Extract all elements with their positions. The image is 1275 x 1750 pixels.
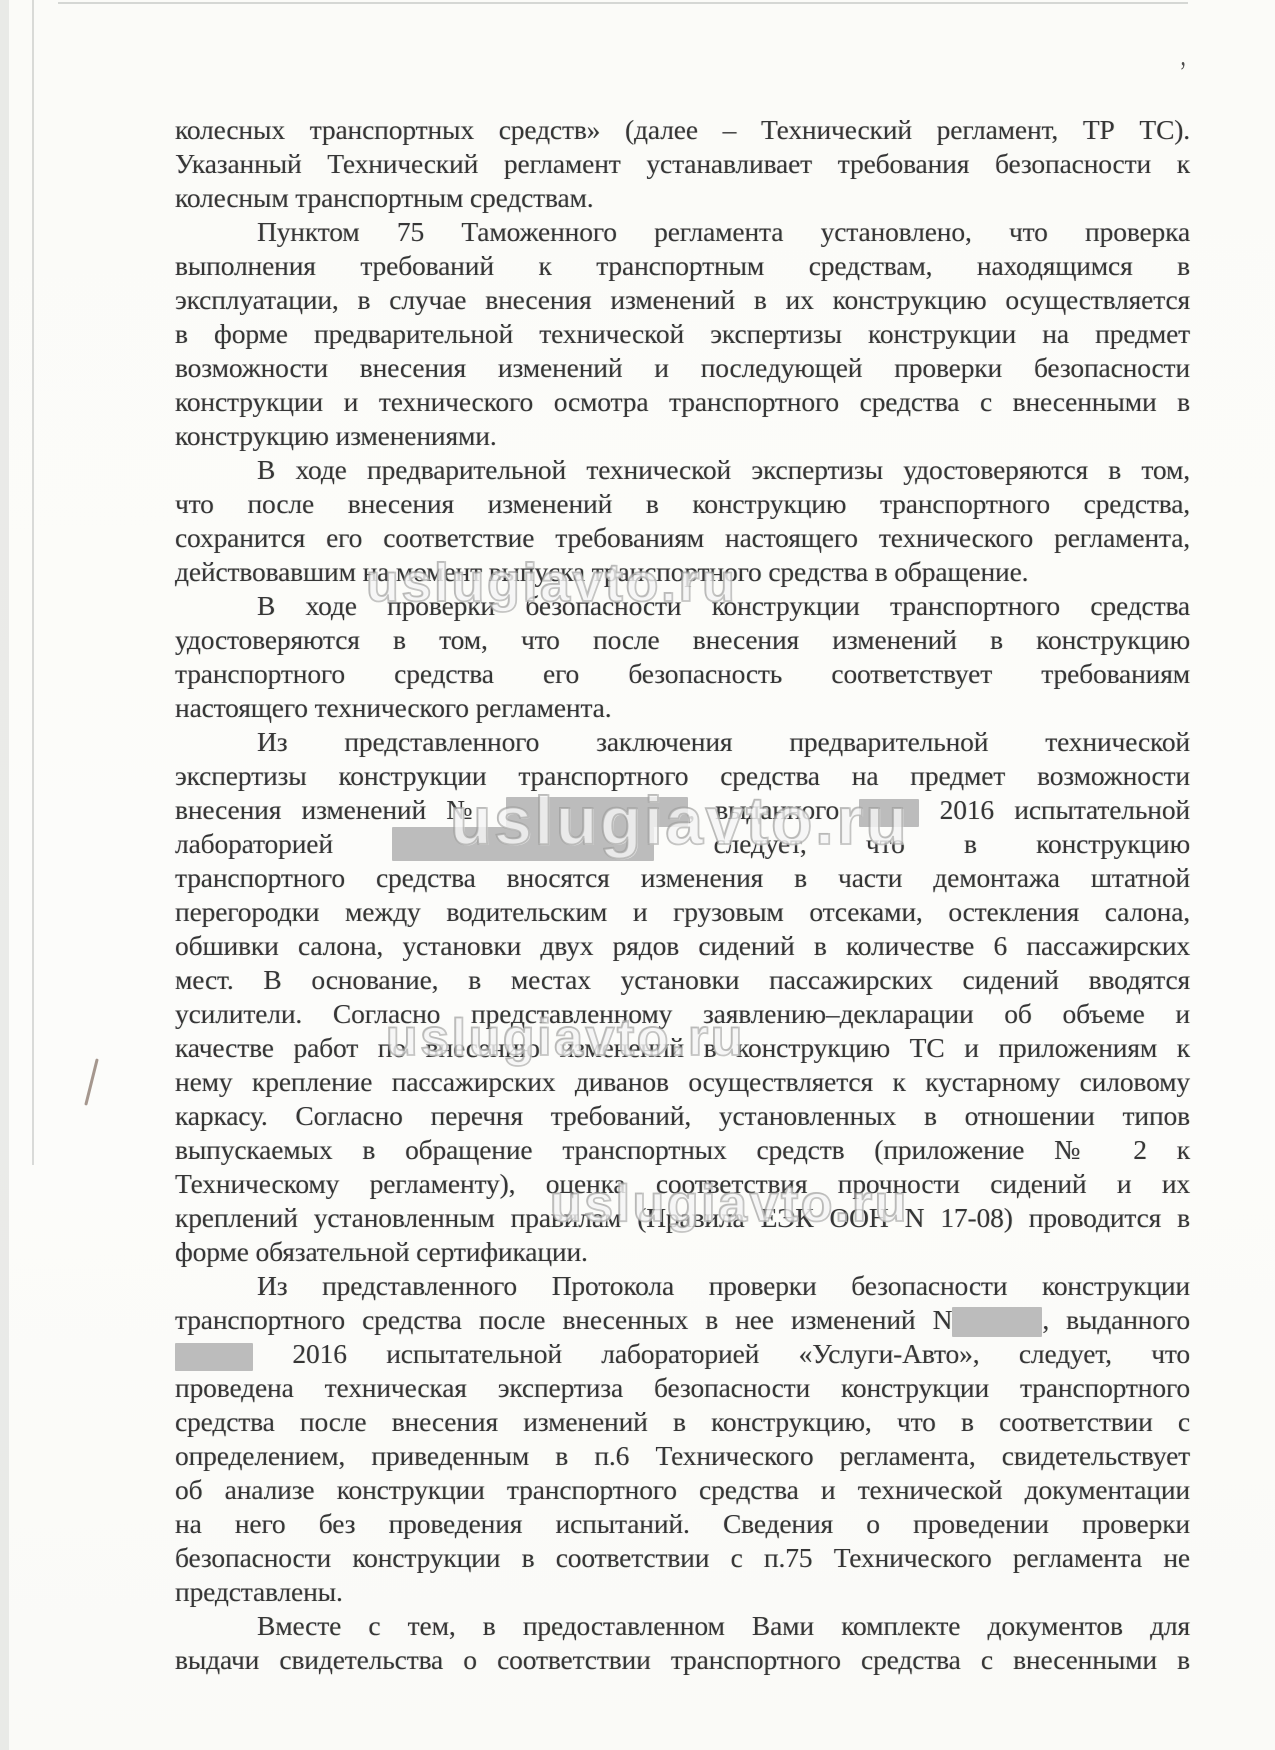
text-line: выпускаемых в обращение транспортных сре… [175,1133,1190,1167]
scanned-document-page: ʼ колесных транспортных средств» (далее … [0,0,1275,1750]
redaction-box [952,1307,1042,1337]
text-block: колесных транспортных средств» (далее – … [175,113,1190,1677]
text-line: на него без проведения испытаний. Сведен… [175,1507,1190,1541]
text-line: усилители. Согласно представленному заяв… [175,997,1190,1031]
text-line: колесных транспортных средств» (далее – … [175,113,1190,147]
text-line: об анализе конструкции транспортного сре… [175,1473,1190,1507]
text-line: средства после внесения изменений в конс… [175,1405,1190,1439]
text-line: Из представленного Протокола проверки бе… [175,1269,1190,1303]
text-line: удостоверяются в том, что после внесения… [175,623,1190,657]
text-line: нему крепление пассажирских диванов осущ… [175,1065,1190,1099]
text-line: представлены. [175,1575,1190,1609]
text-line: Вместе с тем, в предоставленном Вами ком… [175,1609,1190,1643]
scan-fold-line [32,0,34,1165]
text-line: в форме предварительной технической эксп… [175,317,1190,351]
text-line: лабораторией следует, что в конструкцию [175,827,1190,861]
text-line: конструкцию изменениями. [175,419,1190,453]
text-line: действовавшим на момент выпуска транспор… [175,555,1190,589]
text-line: возможности внесения изменений и последу… [175,351,1190,385]
text-line: безопасности конструкции в соответствии … [175,1541,1190,1575]
text-line: экспертизы конструкции транспортного сре… [175,759,1190,793]
text-line: В ходе предварительной технической экспе… [175,453,1190,487]
text-line: каркасу. Согласно перечня требований, ус… [175,1099,1190,1133]
text-line: Пунктом 75 Таможенного регламента устано… [175,215,1190,249]
text-line: креплений установленным правилам (Правил… [175,1201,1190,1235]
text-line: мест. В основание, в местах установки па… [175,963,1190,997]
redaction-box [859,799,919,827]
text-line: внесения изменений № , выданного 2016 ис… [175,793,1190,827]
text-line: выполнения требований к транспортным сре… [175,249,1190,283]
text-line: выдачи свидетельства о соответствии тран… [175,1643,1190,1677]
text-line: обшивки салона, установки двух рядов сид… [175,929,1190,963]
text-line: транспортного средства после внесенных в… [175,1303,1190,1337]
text-line: качестве работ по внесению изменений в к… [175,1031,1190,1065]
text-line: Указанный Технический регламент устанавл… [175,147,1190,181]
text-line: что после внесения изменений в конструкц… [175,487,1190,521]
redaction-box [392,827,654,861]
paper-edge-left [0,0,9,1750]
text-line: транспортного средства его безопасность … [175,657,1190,691]
text-line: В ходе проверки безопасности конструкции… [175,589,1190,623]
redaction-box [506,797,688,827]
text-line: настоящего технического регламента. [175,691,1190,725]
text-line: 2016 испытательной лабораторией «Услуги-… [175,1337,1190,1371]
text-line: сохранится его соответствие требованиям … [175,521,1190,555]
scan-top-edge-line [58,2,1188,4]
redaction-box [175,1343,253,1371]
text-line: перегородки между водительским и грузовы… [175,895,1190,929]
text-line: конструкции и технического осмотра транс… [175,385,1190,419]
text-line: Техническому регламенту), оценка соответ… [175,1167,1190,1201]
pen-apostrophe-mark: ʼ [1180,56,1187,90]
text-line: колесным транспортным средствам. [175,181,1190,215]
text-line: проведена техническая экспертиза безопас… [175,1371,1190,1405]
text-line: Из представленного заключения предварите… [175,725,1190,759]
text-line: форме обязательной сертификации. [175,1235,1190,1269]
text-line: эксплуатации, в случае внесения изменени… [175,283,1190,317]
text-line: транспортного средства вносятся изменени… [175,861,1190,895]
pen-tick-mark [84,1058,99,1105]
text-line: определением, приведенным в п.6 Техничес… [175,1439,1190,1473]
